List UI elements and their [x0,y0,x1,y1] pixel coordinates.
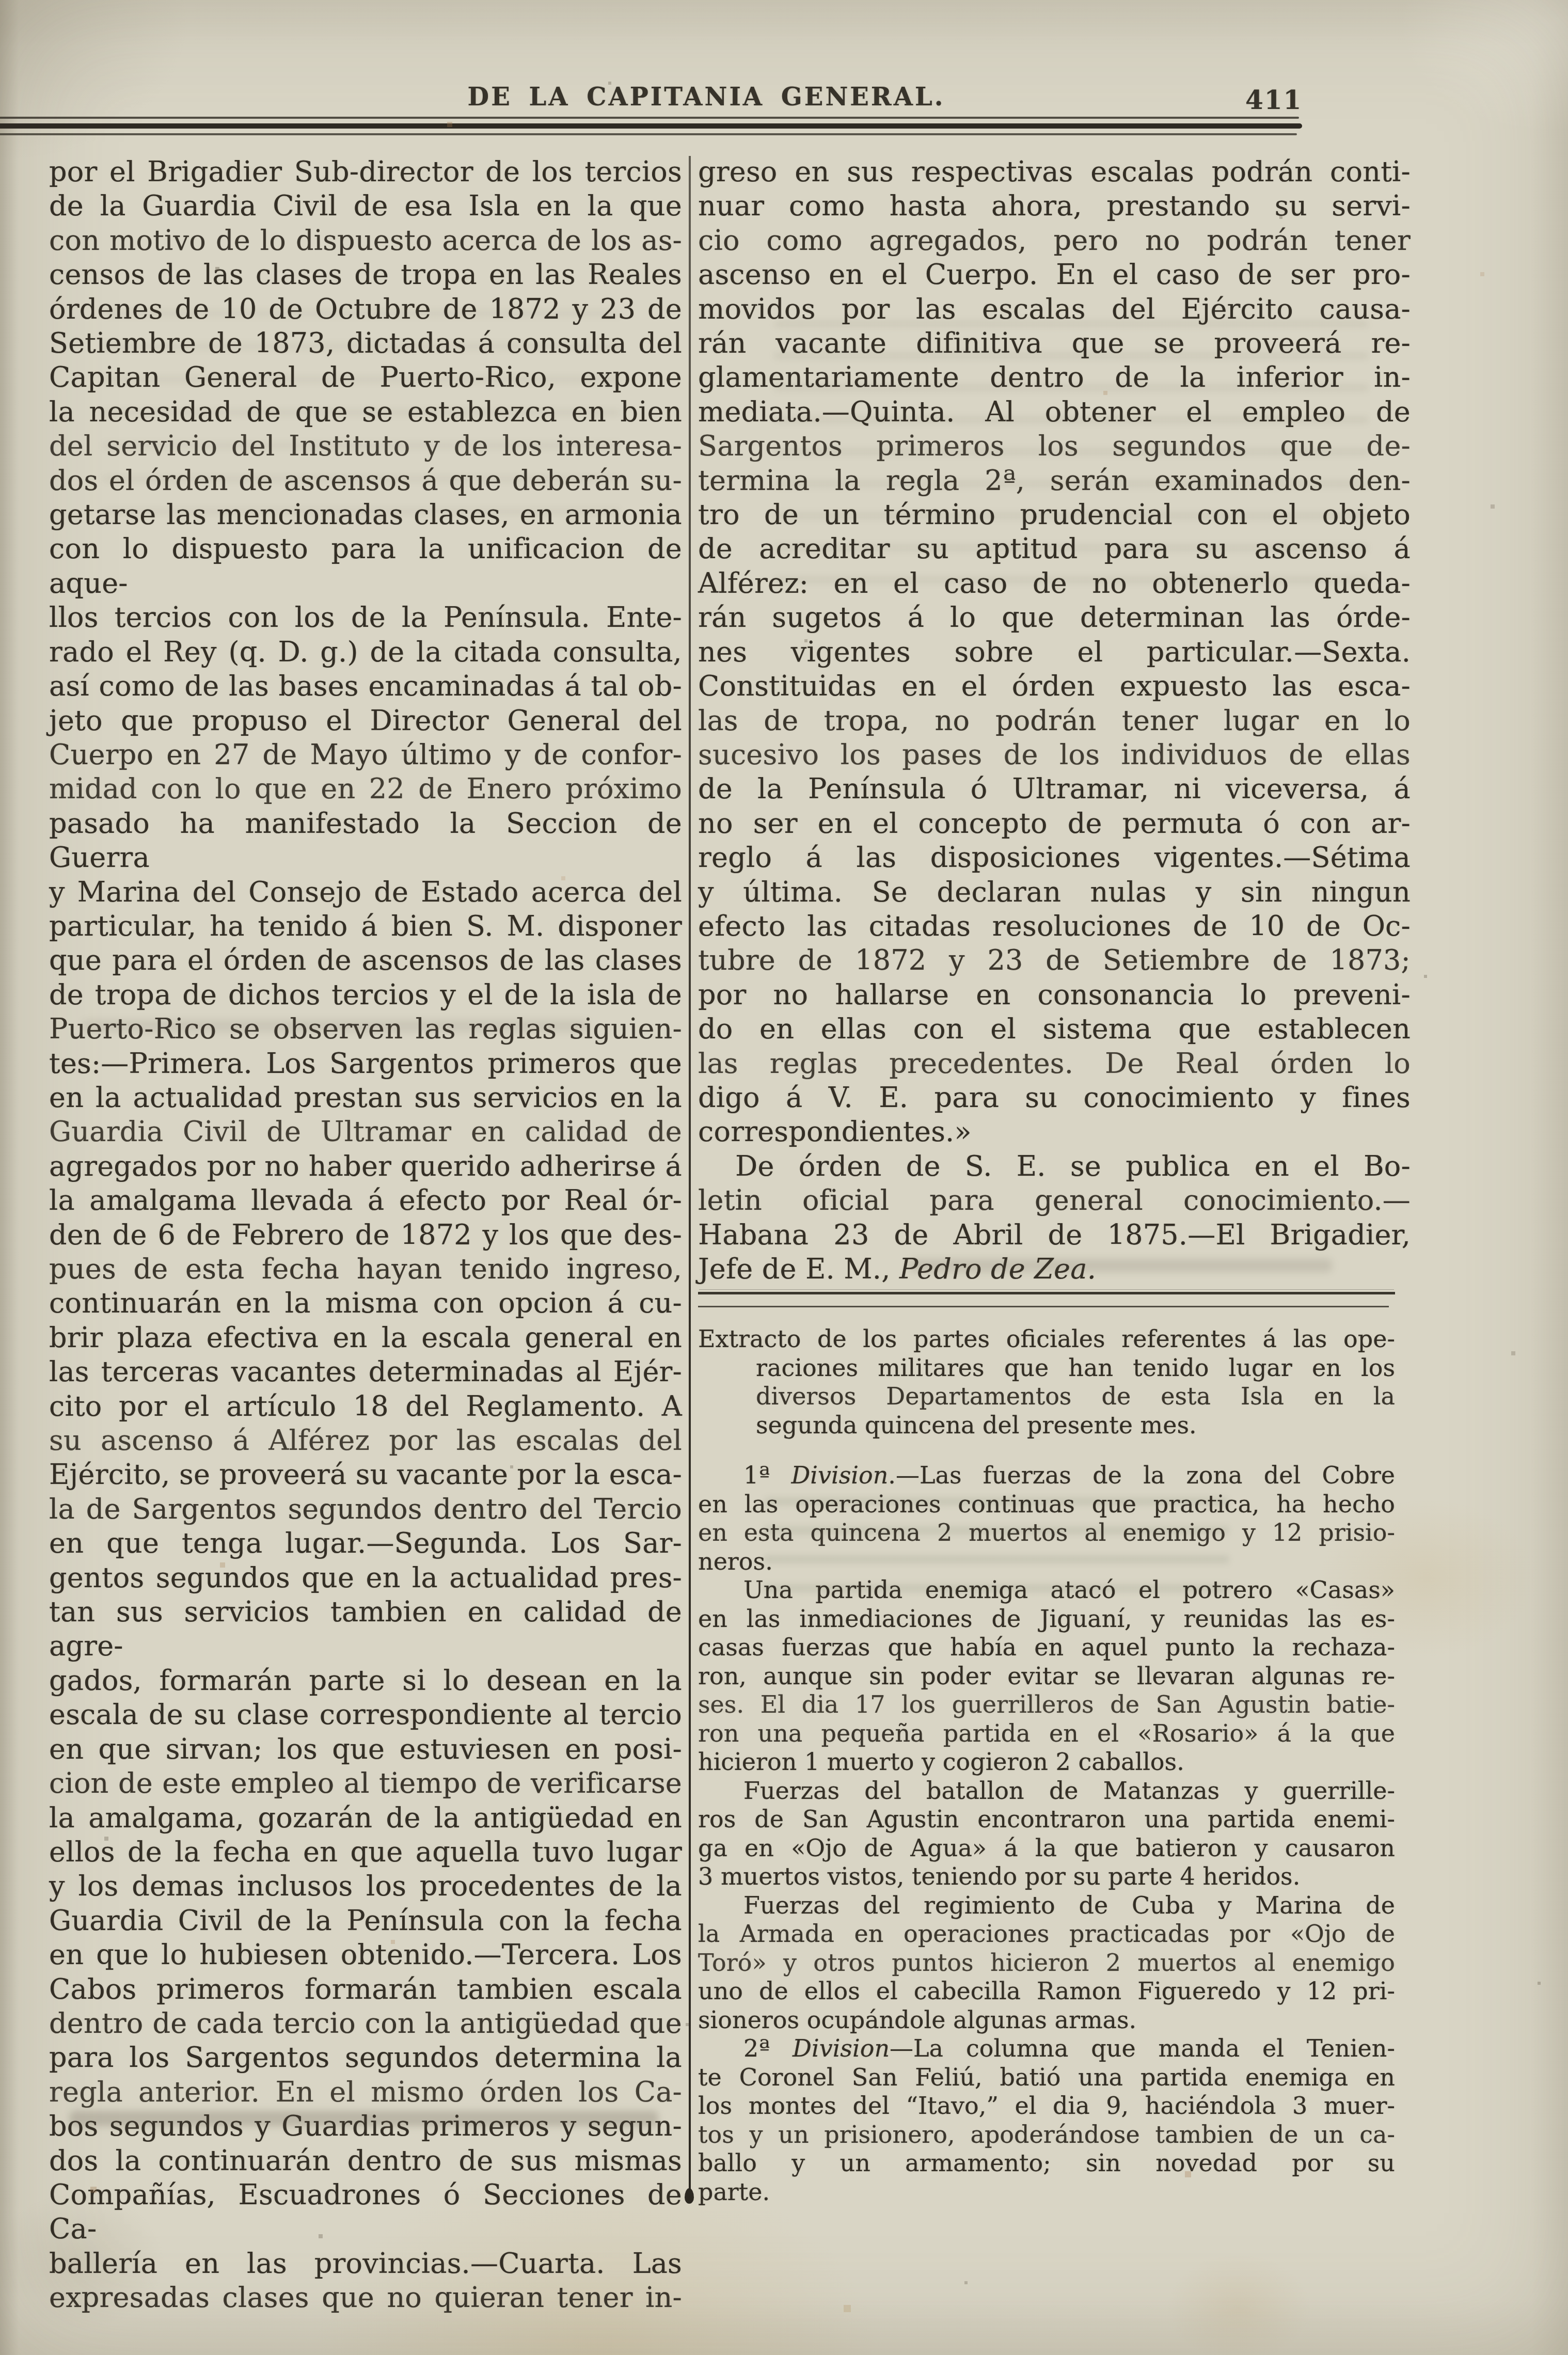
report-headnote: Extracto de los partes oficiales referen… [698,1325,1395,1440]
text-line: la necesidad de que se establezca en bie… [49,395,682,429]
header-rule-thin-bottom [0,133,1297,135]
header-rule-thick [0,123,1302,129]
text-line: cion de este empleo al tiempo de verific… [49,1766,682,1800]
header-rule [0,117,1302,135]
text-line: ga en «Ojo de Agua» á la que batieron y … [698,1834,1395,1863]
text-line: gentos segundos que en la actualidad pre… [49,1561,682,1595]
text-line: de tropa de dichos tercios y el de la is… [49,978,682,1012]
text-line: dos el órden de ascensos á que deberán s… [49,464,682,498]
text-line: Una partida enemiga atacó el potrero «Ca… [698,1576,1395,1605]
text-line: sucesivo los pases de los individuos de … [698,738,1411,772]
text-line: en las operaciones continuas que practic… [698,1490,1395,1519]
text-line: rán sugetos á lo que determinan las órde… [698,600,1411,635]
section-rule-bottom [698,1306,1389,1307]
text-line: de acreditar su aptitud para su ascenso … [698,532,1411,566]
text-line: cito por el artículo 18 del Reglamento. … [49,1389,682,1424]
text-line: regla anterior. En el mismo órden los Ca… [49,2075,682,2109]
text-line: termina la regla 2ª, serán examinados de… [698,464,1411,498]
text-line: la amalgama, gozarán de la antigüedad en [49,1801,682,1835]
report-body: 1ª Division.—Las fuerzas de la zona del … [698,1461,1395,2206]
text-line: en esta quincena 2 muertos al enemigo y … [698,1519,1395,1547]
text-line: Constituidas en el órden expuesto las es… [698,669,1411,703]
text-line: censos de las clases de tropa en las Rea… [49,258,682,292]
text-line: efecto las citadas resoluciones de 10 de… [698,909,1411,943]
text-line: Toró» y otros puntos hicieron 2 muertos … [698,1949,1395,1978]
text-line: tro de un término prudencial con el obje… [698,498,1411,532]
text-line: de la Guardia Civil de esa Isla en la qu… [49,189,682,223]
text-line: Extracto de los partes oficiales referen… [698,1325,1395,1354]
text-line: así como de las bases encaminadas á tal … [49,669,682,703]
text-line: tos y un prisionero, apoderándose tambie… [698,2121,1395,2149]
column-divider-end-blot [685,2188,694,2204]
text-line: Sargentos primeros los segundos que de- [698,429,1411,463]
text-line: ron una pequeña partida en el «Rosario» … [698,1719,1395,1748]
text-line: dentro de cada tercio con la antigüedad … [49,2006,682,2041]
text-line: 2ª Division—La columna que manda el Teni… [698,2034,1395,2063]
header-rule-thin-top [0,117,1299,119]
text-line: Habana 23 de Abril de 1875.—El Brigadier… [698,1218,1411,1252]
text-line: con lo dispuesto para la unificacion de … [49,532,682,600]
text-line: getarse las mencionadas clases, en armon… [49,498,682,532]
text-line: Guardia Civil de la Península con la fec… [49,1904,682,1938]
text-line: correspondientes.» [698,1115,1411,1149]
text-line: y Marina del Consejo de Estado acerca de… [49,875,682,909]
text-line: de la Península ó Ultramar, ni viceversa… [698,772,1411,806]
text-line: Puerto-Rico se observen las reglas sigui… [49,1012,682,1046]
text-line: las terceras vacantes determinadas al Ej… [49,1355,682,1389]
text-line: greso en sus respectivas escalas podrán … [698,155,1411,189]
text-line: Fuerzas del regimiento de Cuba y Marina … [698,1891,1395,1920]
text-line: den de 6 de Febrero de 1872 y los que de… [49,1218,682,1252]
text-line: y los demas inclusos los procedentes de … [49,1869,682,1903]
text-line: jeto que propuso el Director General del [49,704,682,738]
text-line: casas fuerzas que había en aquel punto l… [698,1633,1395,1662]
text-line: ascenso en el Cuerpo. En el caso de ser … [698,258,1411,292]
text-line: Cuerpo en 27 de Mayo último y de confor- [49,738,682,772]
left-column: por el Brigadier Sub-director de los ter… [49,155,682,2315]
text-line: Guardia Civil de Ultramar en calidad de [49,1115,682,1149]
text-line: Setiembre de 1873, dictadas á consulta d… [49,326,682,360]
section-rule [698,1292,1395,1307]
text-line: ballería en las provincias.—Cuarta. Las [49,2247,682,2281]
text-line: uno de ellos el cabecilla Ramon Figuered… [698,1977,1395,2006]
text-line: hicieron 1 muerto y cogieron 2 caballos. [698,1748,1395,1777]
text-line: la de Sargentos segundos dentro del Terc… [49,1492,682,1526]
text-line: Capitan General de Puerto-Rico, expone [49,360,682,394]
text-line: Cabos primeros formarán tambien escala [49,1972,682,2006]
text-line: la Armada en operaciones practicadas por… [698,1920,1395,1949]
text-line: las de tropa, no podrán tener lugar en l… [698,704,1411,738]
text-line: glamentariamente dentro de la inferior i… [698,360,1411,394]
text-line: mediata.—Quinta. Al obtener el empleo de [698,395,1411,429]
text-line: por el Brigadier Sub-director de los ter… [49,155,682,189]
text-line: en las inmediaciones de Jiguaní, y reuni… [698,1605,1395,1634]
text-line: tan sus servicios tambien en calidad de … [49,1595,682,1664]
text-line: en que lo hubiesen obtenido.—Tercera. Lo… [49,1938,682,1972]
text-line: nuar como hasta ahora, prestando su serv… [698,189,1411,223]
military-report-section: Extracto de los partes oficiales referen… [698,1292,1395,2206]
text-line: con motivo de lo dispuesto acerca de los… [49,224,682,258]
text-line: del servicio del Instituto y de los inte… [49,429,682,463]
text-line: 3 muertos vistos, teniendo por su parte … [698,1862,1395,1891]
text-line: para los Sargentos segundos determina la [49,2041,682,2075]
right-column: greso en sus respectivas escalas podrán … [698,155,1411,1286]
page-title: DE LA CAPITANIA GENERAL. [468,83,945,112]
text-line: rado el Rey (q. D. g.) de la citada cons… [49,635,682,669]
text-line: la amalgama llevada á efecto por Real ór… [49,1183,682,1218]
text-line: segunda quincena del presente mes. [698,1411,1395,1440]
text-line: reglo á las disposiciones vigentes.—Séti… [698,841,1411,875]
text-line: agregados por no haber querido adherirse… [49,1149,682,1183]
text-line: tes:—Primera. Los Sargentos primeros que [49,1047,682,1081]
page-number: 411 [1245,85,1302,115]
text-line: tubre de 1872 y 23 de Setiembre de 1873; [698,943,1411,977]
text-line: pasado ha manifestado la Seccion de Guer… [49,807,682,875]
text-line: los montes del “Itavo,” el dia 9, hacién… [698,2092,1395,2121]
text-line: De órden de S. E. se publica en el Bo- [698,1149,1411,1183]
text-line: particular, ha tenido á bien S. M. dispo… [49,909,682,943]
text-line: ellos de la fecha en que aquella tuvo lu… [49,1835,682,1869]
text-line: Compañías, Escuadrones ó Secciones de Ca… [49,2178,682,2247]
text-line: 1ª Division.—Las fuerzas de la zona del … [698,1461,1395,1490]
text-line: pues de esta fecha hayan tenido ingreso, [49,1252,682,1286]
text-line: ses. El dia 17 los guerrilleros de San A… [698,1690,1395,1719]
text-line: cio como agregados, pero no podrán tener [698,224,1411,258]
text-line: en la actualidad prestan sus servicios e… [49,1081,682,1115]
text-line: escala de su clase correspondiente al te… [49,1698,682,1732]
text-line: Jefe de E. M., Pedro de Zea. [698,1252,1411,1286]
text-line: ros de San Agustin encontraron una parti… [698,1805,1395,1834]
text-line: Ejército, se proveerá su vacante por la … [49,1458,682,1492]
text-line: brir plaza efectiva en la escala general… [49,1321,682,1355]
text-line: llos tercios con los de la Península. En… [49,600,682,635]
text-line: rán vacante difinitiva que se proveerá r… [698,326,1411,360]
text-line: raciones militares que han tenido lugar … [698,1354,1395,1383]
text-line: Alférez: en el caso de no obtenerlo qued… [698,566,1411,600]
text-line: expresadas clases que no quieran tener i… [49,2281,682,2315]
section-rule-top [698,1292,1395,1294]
text-line: y última. Se declaran nulas y sin ningun [698,875,1411,909]
text-line: su ascenso á Alférez por las escalas del [49,1424,682,1458]
text-line: te Coronel San Feliú, batió una partida … [698,2063,1395,2092]
text-line: nes vigentes sobre el particular.—Sexta. [698,635,1411,669]
text-line: en que sirvan; los que estuviesen en pos… [49,1732,682,1766]
page-scan: DE LA CAPITANIA GENERAL. 411 por el Brig… [0,0,1568,2355]
text-line: en que tenga lugar.—Segunda. Los Sar- [49,1526,682,1560]
text-line: digo á V. E. para su conocimiento y fine… [698,1081,1411,1115]
text-line: por no hallarse en consonancia lo preven… [698,978,1411,1012]
text-line: órdenes de 10 de Octubre de 1872 y 23 de [49,292,682,326]
text-line: ballo y un armamento; sin novedad por su [698,2149,1395,2178]
text-line: dos la continuarán dentro de sus mismas [49,2144,682,2178]
column-divider [689,156,691,2189]
text-line: que para el órden de ascensos de las cla… [49,943,682,977]
text-line: las reglas precedentes. De Real órden lo [698,1047,1411,1081]
text-line: bos segundos y Guardias primeros y segun… [49,2109,682,2143]
text-line: no ser en el concepto de permuta ó con a… [698,807,1411,841]
text-line: gados, formarán parte si lo desean en la [49,1664,682,1698]
text-line: diversos Departamentos de esta Isla en l… [698,1382,1395,1411]
text-line: parte. [698,2178,1395,2207]
text-line: midad con lo que en 22 de Enero próximo [49,772,682,806]
text-line: sioneros ocupándole algunas armas. [698,2006,1395,2035]
text-line: neros. [698,1547,1395,1576]
text-line: ron, aunque sin poder evitar se llevaran… [698,1662,1395,1691]
text-line: continuarán en la misma con opcion á cu- [49,1286,682,1320]
text-line: do en ellas con el sistema que establece… [698,1012,1411,1046]
foxing-stain-layer [0,0,1,1]
text-line: Fuerzas del batallon de Matanzas y guerr… [698,1777,1395,1806]
text-line: letin oficial para general conocimiento.… [698,1183,1411,1218]
text-line: movidos por las escalas del Ejército cau… [698,292,1411,326]
